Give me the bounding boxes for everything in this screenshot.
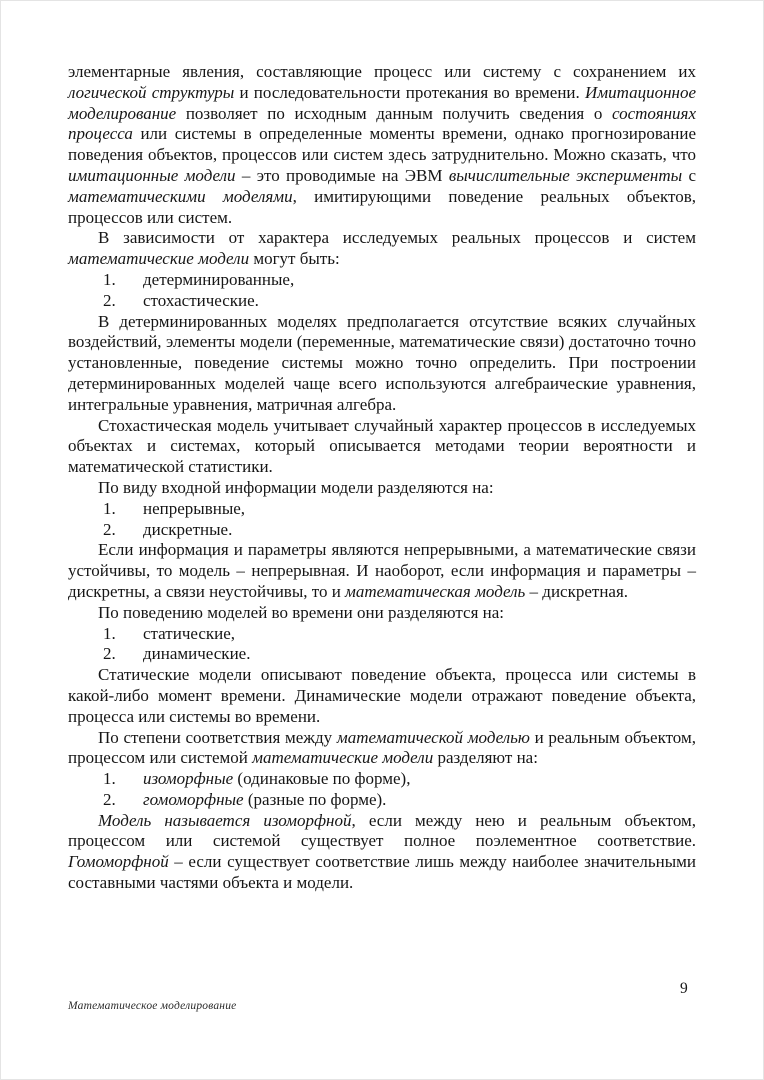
italic-term: математические модели xyxy=(252,748,433,767)
text-run: В зависимости от характера исследуемых р… xyxy=(98,228,696,247)
text-run: статические, xyxy=(143,624,235,643)
text-run: и последовательности протекания во време… xyxy=(234,83,585,102)
text-run: или системы в определенные моменты време… xyxy=(68,124,696,164)
list-item: 1.статические, xyxy=(68,624,696,645)
paragraph: Статические модели описывают поведение о… xyxy=(68,665,696,727)
list-number: 2. xyxy=(103,520,143,541)
list-item: 1.изоморфные (одинаковые по форме), xyxy=(68,769,696,790)
list-item: 1.детерминированные, xyxy=(68,270,696,291)
text-run: детерминированные, xyxy=(143,270,294,289)
italic-term: изоморфные xyxy=(143,769,233,788)
paragraph: Стохастическая модель учитывает случайны… xyxy=(68,416,696,478)
list-number: 2. xyxy=(103,790,143,811)
text-run: – это проводимые на ЭВМ xyxy=(236,166,449,185)
text-run: – дискретная. xyxy=(525,582,628,601)
list-number: 1. xyxy=(103,624,143,645)
paragraph: Если информация и параметры являются неп… xyxy=(68,540,696,602)
italic-term: Гомоморфной xyxy=(68,852,169,871)
paragraph: В детерминированных моделях предполагает… xyxy=(68,312,696,416)
text-run: (разные по форме). xyxy=(244,790,387,809)
italic-term: математической моделью xyxy=(337,728,530,747)
italic-term: логической структуры xyxy=(68,83,234,102)
text-run: (одинаковые по форме), xyxy=(233,769,410,788)
list-number: 1. xyxy=(103,769,143,790)
list-number: 2. xyxy=(103,644,143,665)
italic-term: вычислительные эксперименты xyxy=(449,166,682,185)
italic-term: имитационные модели xyxy=(68,166,236,185)
text-run: По степени соответствия между xyxy=(98,728,337,747)
paragraph: Модель называется изоморфной, если между… xyxy=(68,811,696,894)
text-run: могут быть: xyxy=(249,249,340,268)
page-number: 9 xyxy=(680,980,688,998)
paragraph: В зависимости от характера исследуемых р… xyxy=(68,228,696,270)
document-page: элементарные явления, составляющие проце… xyxy=(0,0,764,1080)
italic-term: гомоморфные xyxy=(143,790,244,809)
paragraph: По степени соответствия между математиче… xyxy=(68,728,696,770)
italic-term: математическими моделями xyxy=(68,187,293,206)
text-run: По поведению моделей во времени они разд… xyxy=(98,603,504,622)
paragraph: элементарные явления, составляющие проце… xyxy=(68,62,696,228)
text-run: дискретные. xyxy=(143,520,232,539)
italic-term: математические модели xyxy=(68,249,249,268)
list-item: 2.динамические. xyxy=(68,644,696,665)
text-run: По виду входной информации модели раздел… xyxy=(98,478,494,497)
list-item: 1.непрерывные, xyxy=(68,499,696,520)
text-run: Стохастическая модель учитывает случайны… xyxy=(68,416,696,477)
text-run: В детерминированных моделях предполагает… xyxy=(68,312,696,414)
list-number: 1. xyxy=(103,499,143,520)
list-item: 2.стохастические. xyxy=(68,291,696,312)
text-run: позволяет по исходным данным получить св… xyxy=(176,104,612,123)
list-item: 2.дискретные. xyxy=(68,520,696,541)
italic-term: Модель называется изоморфной xyxy=(98,811,351,830)
paragraph: По виду входной информации модели раздел… xyxy=(68,478,696,499)
text-run: Статические модели описывают поведение о… xyxy=(68,665,696,726)
text-run: с xyxy=(682,166,696,185)
text-run: динамические. xyxy=(143,644,250,663)
italic-term: математическая модель xyxy=(345,582,525,601)
paragraph: По поведению моделей во времени они разд… xyxy=(68,603,696,624)
text-run: стохастические. xyxy=(143,291,259,310)
text-run: непрерывные, xyxy=(143,499,245,518)
list-number: 1. xyxy=(103,270,143,291)
list-number: 2. xyxy=(103,291,143,312)
text-run: элементарные явления, составляющие проце… xyxy=(68,62,696,81)
list-item: 2.гомоморфные (разные по форме). xyxy=(68,790,696,811)
footer-running-title: Математическое моделирование xyxy=(68,1000,236,1012)
text-block: элементарные явления, составляющие проце… xyxy=(68,62,696,894)
text-run: разделяют на: xyxy=(433,748,538,767)
